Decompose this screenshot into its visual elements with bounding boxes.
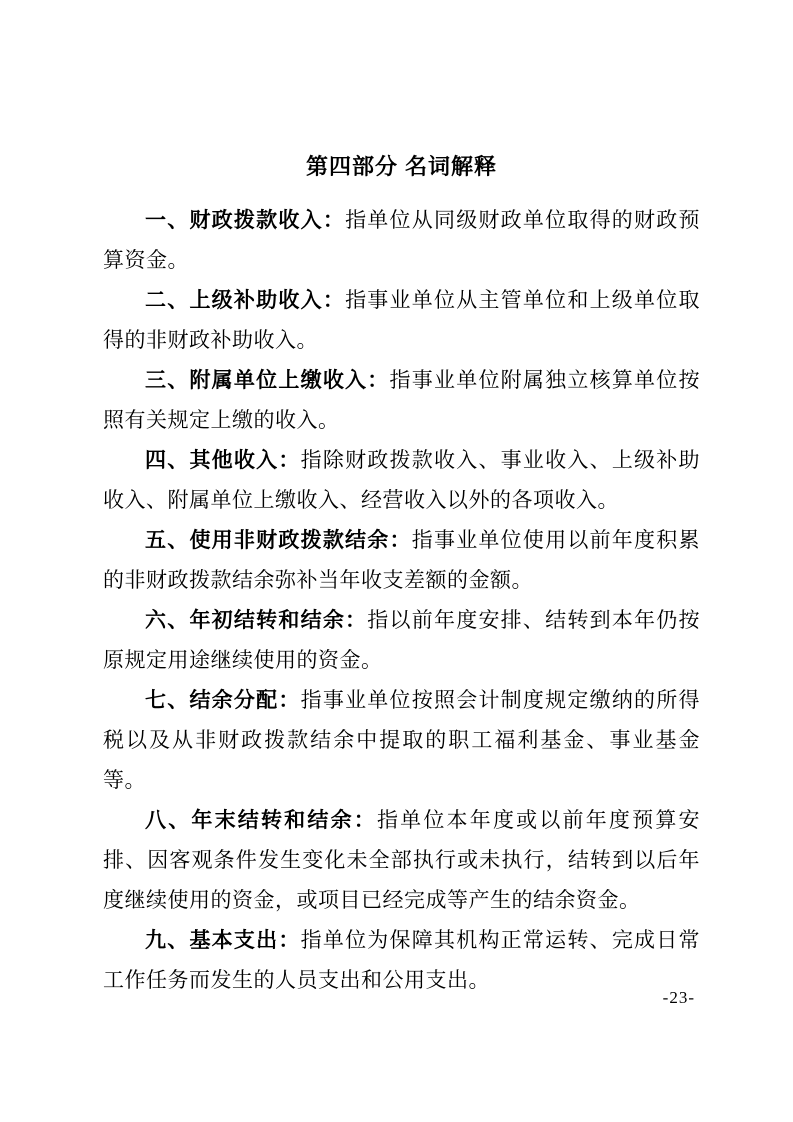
term-label: 九、基本支出：: [145, 928, 301, 952]
term-paragraph-7: 七、结余分配：指事业单位按照会计制度规定缴纳的所得税以及从非财政拨款结余中提取的…: [103, 680, 700, 800]
term-label: 七、结余分配：: [145, 688, 301, 712]
term-label: 四、其他收入：: [145, 448, 301, 472]
term-paragraph-4: 四、其他收入：指除财政拨款收入、事业收入、上级补助收入、附属单位上缴收入、经营收…: [103, 440, 700, 520]
term-label: 八、年末结转和结余：: [145, 808, 377, 832]
page-number: -23-: [663, 986, 695, 1010]
term-label: 三、附属单位上缴收入：: [145, 368, 390, 392]
term-paragraph-5: 五、使用非财政拨款结余：指事业单位使用以前年度积累的非财政拨款结余弥补当年收支差…: [103, 520, 700, 600]
term-paragraph-6: 六、年初结转和结余：指以前年度安排、结转到本年仍按原规定用途继续使用的资金。: [103, 600, 700, 680]
term-label: 六、年初结转和结余：: [145, 608, 367, 632]
term-label: 五、使用非财政拨款结余：: [145, 528, 412, 552]
document-page: 第四部分 名词解释 一、财政拨款收入：指单位从同级财政单位取得的财政预算资金。 …: [0, 0, 793, 1122]
section-title: 第四部分 名词解释: [103, 148, 700, 186]
term-paragraph-3: 三、附属单位上缴收入：指事业单位附属独立核算单位按照有关规定上缴的收入。: [103, 360, 700, 440]
term-paragraph-1: 一、财政拨款收入：指单位从同级财政单位取得的财政预算资金。: [103, 200, 700, 280]
term-label: 二、上级补助收入：: [145, 288, 345, 312]
term-label: 一、财政拨款收入：: [145, 208, 345, 232]
term-paragraph-2: 二、上级补助收入：指事业单位从主管单位和上级单位取得的非财政补助收入。: [103, 280, 700, 360]
term-paragraph-8: 八、年末结转和结余：指单位本年度或以前年度预算安排、因客观条件发生变化未全部执行…: [103, 800, 700, 920]
term-paragraph-9: 九、基本支出：指单位为保障其机构正常运转、完成日常工作任务而发生的人员支出和公用…: [103, 920, 700, 1000]
